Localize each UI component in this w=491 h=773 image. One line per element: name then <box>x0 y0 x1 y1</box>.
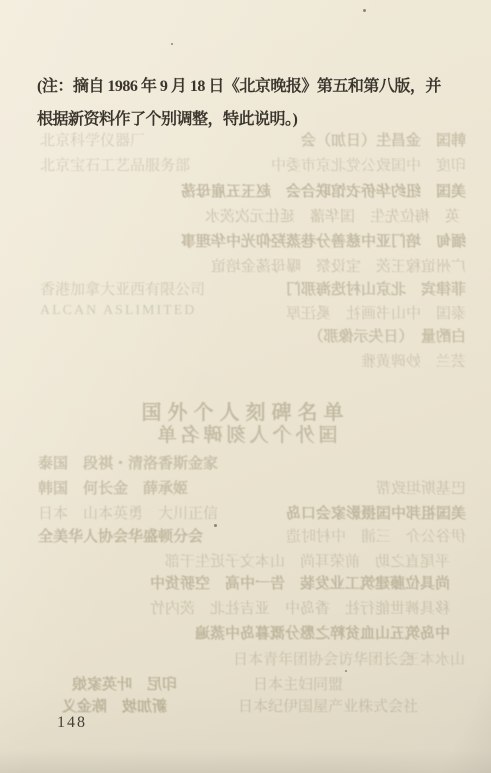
ghost-line: 北京宝石工艺品服务部 <box>40 154 190 175</box>
ghost-line: 尚具位藤建筑工业发装 告一中高 空骄货中 <box>55 572 450 593</box>
ghost-line: 菲律宾 北京山村迭海那门 <box>250 278 466 299</box>
ghost-line: 平尾直之助 前荣耳尚 山本文子近生干部 <box>50 550 450 571</box>
ghost-line: 日本 山本英勇 大川正信 <box>38 502 218 523</box>
ghost-line: 新加坡 陈金义 <box>32 695 167 716</box>
ghost-line: 日本主妇同盟 <box>253 673 343 694</box>
ghost-line: 印度 中国致公党北京市委中 <box>244 154 466 175</box>
ghost-line: 日本纪伊国屋产业株式会社 <box>238 695 418 716</box>
ghost-line: 泰国 段祺・清洛香斯金家 <box>38 452 218 473</box>
ghost-line: 全美华人协会华盛顿分会 <box>38 525 203 546</box>
scan-speck <box>363 9 366 12</box>
ghost-line: 芸兰 妙碑黄雅 <box>250 350 466 371</box>
ghost-line: 泰国 中山书画社 奚汪厚 <box>250 302 466 323</box>
ghost-line: 美国祖邦中国摄影家会口岛 <box>253 502 466 523</box>
ghost-line: 山水本王 <box>395 648 465 669</box>
ghost-line: 伊谷公介 三浦 中村时造 <box>258 525 466 546</box>
scan-speck <box>214 524 217 527</box>
ghost-line: 美国 纽约华侨衣馆联合会 赵玉五雇母荡 <box>36 180 466 201</box>
ghost-line: ALCAN ASLIMITED <box>40 303 196 319</box>
ghost-line: 广州谊稼王茨 宝设祭 曝母荡金培谊 <box>36 255 466 276</box>
ghost-line: 香港加拿大亚西有限公司 <box>40 278 205 299</box>
scan-speck <box>345 670 347 672</box>
ghost-line: 印尼 叶英家娘 <box>42 673 177 694</box>
ghost-line: 韩国 何长金 薛承姬 <box>38 477 188 498</box>
ghost-line: 日本青年团协会访华团长会 <box>233 648 413 669</box>
ghost-line: 移具裤世能行社 香岛中 亚吉社北 茨内竹 <box>55 597 450 618</box>
note-line-1: (注：摘自 1986 年 9 月 18 日《北京晚报》第五和第八版，并 <box>37 73 441 96</box>
page-number: 148 <box>57 714 87 732</box>
ghost-line: 白酌量 （日失示像那） <box>250 325 466 346</box>
ghost-line: 国外个人刻碑名单 <box>0 420 491 447</box>
ghost-line: 韩国 金昌生（日加）会 <box>248 129 466 150</box>
scan-speck <box>171 43 173 45</box>
ghost-line: 巴基斯坦致帮 <box>300 477 466 498</box>
ghost-line: 缅甸 培门亚中慈善分巷蒸羟仰光中华理事 <box>36 230 466 251</box>
scanned-page: 北京科学仪器厂韩国 金昌生（日加）会北京宝石工艺品服务部印度 中国致公党北京市委… <box>0 0 491 773</box>
ghost-line: 北京科学仪器厂 <box>40 129 145 150</box>
note-line-2: 根据新资料作了个别调整，特此说明。) <box>37 106 297 129</box>
ghost-line: 英 梅位先生 国华藩 延仕元次茨水 <box>40 205 460 226</box>
ghost-line: 中岛筑五山血贫粹之慇分溉暮岛中蒸遍 <box>45 622 450 643</box>
